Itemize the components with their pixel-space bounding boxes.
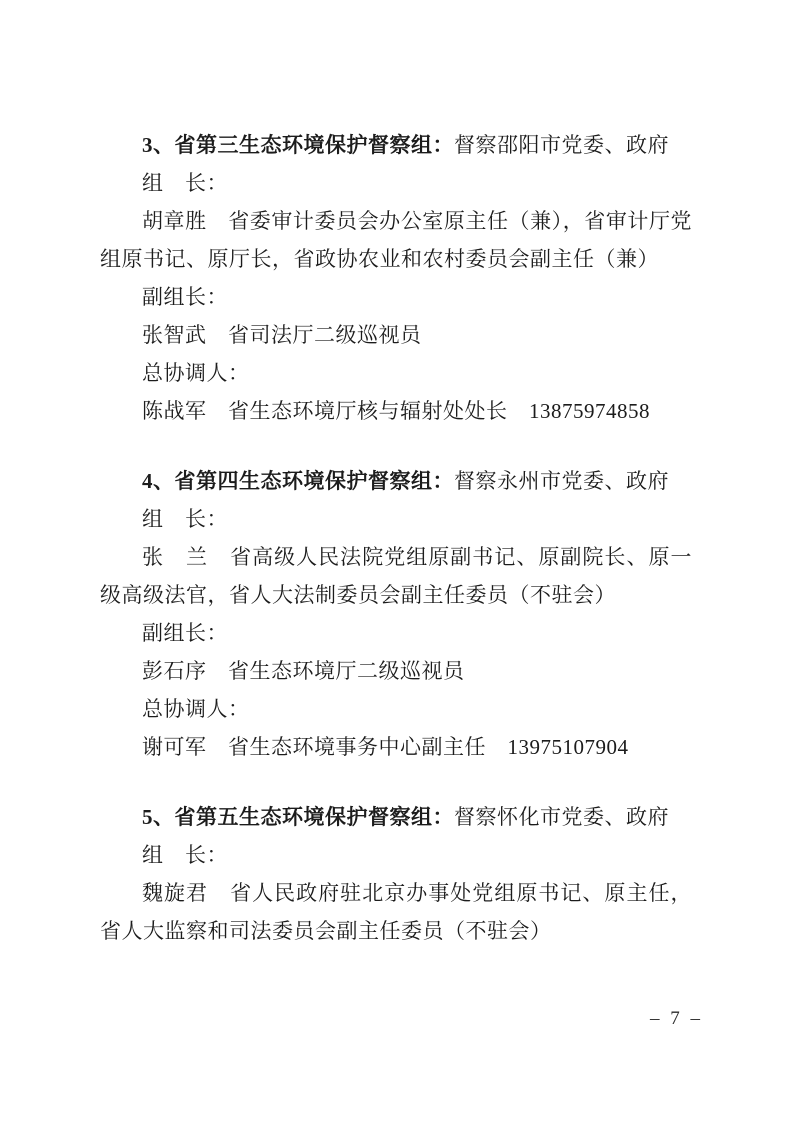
section-heading-scope: 督察怀化市党委、政府 [454,805,669,829]
section-inspection-group-5: 5、省第五生态环境保护督察组：督察怀化市党委、政府 组 长： 魏旋君 省人民政府… [100,798,692,950]
section-heading: 3、省第三生态环境保护督察组：督察邵阳市党委、政府 [100,126,692,164]
member-line: 张智武 省司法厅二级巡视员 [100,316,692,354]
section-inspection-group-3: 3、省第三生态环境保护督察组：督察邵阳市党委、政府 组 长： 胡章胜 省委审计委… [100,126,692,430]
role-label-coordinator: 总协调人： [100,690,692,728]
section-inspection-group-4: 4、省第四生态环境保护督察组：督察永州市党委、政府 组 长： 张 兰 省高级人民… [100,462,692,766]
document-body: 3、省第三生态环境保护督察组：督察邵阳市党委、政府 组 长： 胡章胜 省委审计委… [100,126,692,950]
document-page: 3、省第三生态环境保护督察组：督察邵阳市党委、政府 组 长： 胡章胜 省委审计委… [0,0,793,1122]
member-line: 魏旋君 省人民政府驻北京办事处党组原书记、原主任，省人大监察和司法委员会副主任委… [100,874,692,950]
role-label-deputy-leader: 副组长： [100,614,692,652]
member-line: 彭石序 省生态环境厅二级巡视员 [100,652,692,690]
section-heading-title: 4、省第四生态环境保护督察组： [142,469,454,493]
section-heading-title: 5、省第五生态环境保护督察组： [142,805,454,829]
member-line: 张 兰 省高级人民法院党组原副书记、原副院长、原一级高级法官，省人大法制委员会副… [100,538,692,614]
section-heading-scope: 督察永州市党委、政府 [454,469,669,493]
page-number: – 7 – [650,1004,703,1034]
section-heading: 5、省第五生态环境保护督察组：督察怀化市党委、政府 [100,798,692,836]
role-label-group-leader: 组 长： [100,164,692,202]
role-label-coordinator: 总协调人： [100,354,692,392]
role-label-deputy-leader: 副组长： [100,278,692,316]
role-label-group-leader: 组 长： [100,836,692,874]
role-label-group-leader: 组 长： [100,500,692,538]
section-heading-scope: 督察邵阳市党委、政府 [454,133,669,157]
member-line: 陈战军 省生态环境厅核与辐射处处长 13875974858 [100,392,692,430]
section-heading: 4、省第四生态环境保护督察组：督察永州市党委、政府 [100,462,692,500]
member-line: 胡章胜 省委审计委员会办公室原主任（兼），省审计厅党组原书记、原厅长，省政协农业… [100,202,692,278]
member-line: 谢可军 省生态环境事务中心副主任 13975107904 [100,728,692,766]
section-heading-title: 3、省第三生态环境保护督察组： [142,133,454,157]
